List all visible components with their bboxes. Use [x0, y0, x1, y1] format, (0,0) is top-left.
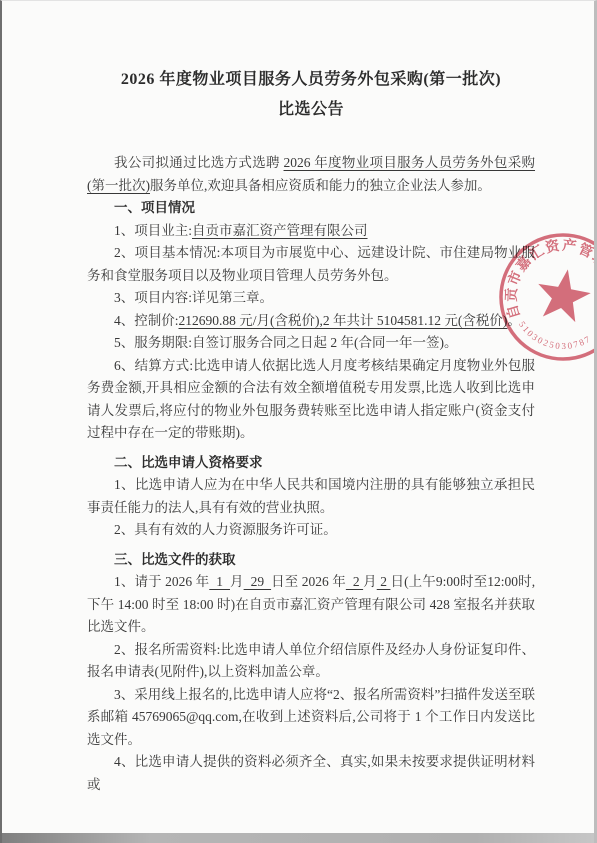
item-service-term: 5、服务期限:自签订服务合同之日起 2 年(合同一年一签)。 [87, 332, 535, 355]
seal-code-text: 5103025030787 [514, 318, 594, 356]
text-segment: 1、比选申请人应为在中华人民共和国境内注册的具有能够独立承担民事责任能力的法人,… [87, 477, 535, 515]
text-segment: 1、项目业主: [114, 223, 192, 238]
section-2-heading: 二、比选申请人资格要求 [87, 452, 535, 475]
underlined-text: 1 [209, 574, 230, 589]
item-obtain-4: 4、比选申请人提供的资料必须齐全、真实,如果未按要求提供证明材料或 [87, 751, 535, 796]
text-segment: 6、结算方式:比选申请人依据比选人月度考核结果确定月度物业外包服务费金额,开具相… [87, 358, 535, 441]
text-segment: 日至 2026 年 [271, 574, 346, 589]
text-segment: 1、请于 2026 年 [114, 574, 209, 589]
text-segment: 月 [230, 574, 244, 589]
underlined-text: 2 [346, 574, 363, 589]
text-segment: 服务单位,欢迎具备相应资质和能力的独立企业法人参加。 [150, 178, 491, 193]
seal-star-icon [533, 265, 594, 324]
document-title-line2: 比选公告 [87, 95, 535, 125]
text-segment: 我公司拟通过比选方式选聘 [114, 155, 284, 170]
text-segment: 5、服务期限:自签订服务合同之日起 2 年(合同一年一签)。 [114, 335, 458, 350]
underlined-text: 29 [244, 574, 271, 589]
item-obtain-2: 2、报名所需资料:比选申请人单位介绍信原件及经办人身份证复印件、报名申请表(见附… [87, 639, 535, 684]
text-segment: 一、项目情况 [114, 200, 195, 215]
text-segment: 3、项目内容:详见第三章。 [114, 290, 273, 305]
item-project-basic-info: 2、项目基本情况:本项目为市展览中心、远建设计院、市住建局物业服务和食堂服务项目… [87, 242, 535, 287]
item-control-price: 4、控制价:212690.88 元/月(含税价),2 年共计 5104581.1… [87, 310, 535, 333]
text-segment: 4、控制价: [114, 313, 179, 328]
item-qualification-2: 2、具有有效的人力资源服务许可证。 [87, 519, 535, 542]
item-settlement-method: 6、结算方式:比选申请人依据比选人月度考核结果确定月度物业外包服务费金额,开具相… [87, 355, 535, 445]
text-segment: 2、具有有效的人力资源服务许可证。 [114, 522, 337, 537]
text-segment: 3、采用线上报名的,比选申请人应将“2、报名所需资料”扫描件发送至联系邮箱 45… [87, 687, 535, 747]
document-page: 2026 年度物业项目服务人员劳务外包采购(第一批次) 比选公告 我公司拟通过比… [0, 0, 597, 843]
intro-paragraph: 我公司拟通过比选方式选聘 2026 年度物业项目服务人员劳务外包采购(第一批次)… [87, 152, 535, 197]
document-title: 2026 年度物业项目服务人员劳务外包采购(第一批次) 比选公告 [87, 65, 535, 125]
item-obtain-3: 3、采用线上报名的,比选申请人应将“2、报名所需资料”扫描件发送至联系邮箱 45… [87, 684, 535, 752]
underlined-text: 自贡市嘉汇资产管理有限公司 [192, 223, 368, 238]
underlined-text: 212690.88 元/月(含税价),2 年共计 5104581.12 元(含税… [179, 313, 508, 328]
text-segment: 三、比选文件的获取 [114, 552, 236, 567]
text-segment: 4、比选申请人提供的资料必须齐全、真实,如果未按要求提供证明材料或 [87, 754, 535, 792]
text-segment: 二、比选申请人资格要求 [114, 455, 263, 470]
text-segment: 月 [363, 574, 377, 589]
document-title-line1: 2026 年度物业项目服务人员劳务外包采购(第一批次) [87, 65, 535, 95]
company-seal: 自贡市嘉汇资产管理有限公司 5103025030787 [483, 217, 597, 377]
seal-company-text: 自贡市嘉汇资产管理有限公司 [498, 227, 597, 340]
section-3-heading: 三、比选文件的获取 [87, 549, 535, 572]
underlined-text: 2 [377, 574, 391, 589]
document-content: 2026 年度物业项目服务人员劳务外包采购(第一批次) 比选公告 我公司拟通过比… [87, 65, 535, 796]
section-1-heading: 一、项目情况 [87, 197, 535, 220]
text-segment: 2、报名所需资料:比选申请人单位介绍信原件及经办人身份证复印件、报名申请表(见附… [87, 642, 535, 680]
document-paragraphs: 我公司拟通过比选方式选聘 2026 年度物业项目服务人员劳务外包采购(第一批次)… [87, 152, 535, 796]
page-bottom-shadow [2, 833, 594, 843]
item-obtain-1: 1、请于 2026 年 1 月 29 日至 2026 年 2 月 2 日(上午9… [87, 571, 535, 639]
item-qualification-1: 1、比选申请人应为在中华人民共和国境内注册的具有能够独立承担民事责任能力的法人,… [87, 474, 535, 519]
item-project-content: 3、项目内容:详见第三章。 [87, 287, 535, 310]
item-project-owner: 1、项目业主:自贡市嘉汇资产管理有限公司 [87, 220, 535, 243]
text-segment: 2、项目基本情况:本项目为市展览中心、远建设计院、市住建局物业服务和食堂服务项目… [87, 245, 535, 283]
